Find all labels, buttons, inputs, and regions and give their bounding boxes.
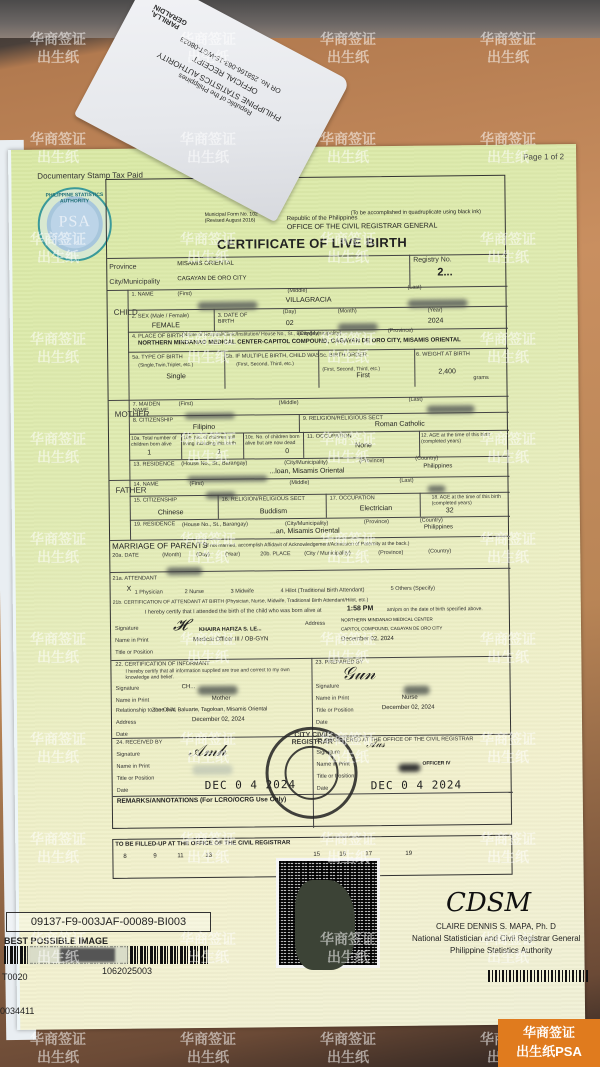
mother-country: Philippines [423,463,452,469]
redacted-registrar-name [398,763,420,771]
office-code: 11 [177,853,183,859]
attendant-signature: 𝓗 [173,615,188,635]
attendant-option-5: 5 Others (Specify) [391,586,435,592]
mother-residence: ...loan, Misamis Oriental [269,467,344,475]
mother-total-children: 1 [147,450,151,457]
registered-date-stamp: DEC 0 4 2024 [371,778,463,792]
child-section-label: CHILD [114,308,124,318]
informant-relationship: Mother [212,696,231,702]
watermark: 华商签证出生纸 [320,1030,376,1066]
psa-seal-icon: PHILIPPINE STATISTICS AUTHORITY PSA [37,187,112,262]
remarks-label: REMARKS/ANNOTATIONS (For LCRO/OCRG Use O… [117,796,287,805]
office-code: 15 [313,852,320,858]
best-image-label: BEST POSSIBLE IMAGE [4,936,108,946]
father-country: Philippines [424,524,453,530]
marriage-title: MARRIAGE OF PARENTS [112,541,208,551]
registry-number: 2... [437,266,452,278]
attendant-date: December 02, 2024 [341,636,394,643]
attendant-title: Medical Officer III / OB-GYN [193,636,268,643]
serial-number: 0034411 [0,1006,34,1016]
office-code: 8 [123,854,126,860]
child-birth-order: First [356,372,370,379]
father-religion: Buddism [260,508,287,515]
father-age: 32 [446,507,454,514]
t-code: T0020 [2,972,28,982]
informant-name: CH... [182,684,196,690]
signatory-title: National Statistician and Civil Registra… [412,934,581,943]
child-birth-weight: 2,400 [438,368,456,375]
preparer-date: December 02, 2024 [382,705,435,712]
child-birth-year: 2024 [428,317,444,324]
signatory-name: CLAIRE DENNIS S. MAPA, Ph. D [436,922,556,931]
background-top [0,0,600,38]
child-birth-type: Single [166,373,186,380]
attendant-option-4: 4 Hilot (Traditional Birth Attendant) [281,587,365,594]
civil-registrar-seal-icon: CITY CIVIL REGISTRAR [265,726,358,819]
watermark: 华商签证出生纸 [180,1030,236,1066]
office-code: 13 [205,853,212,859]
city-label: City/Municipality [109,278,160,286]
redacted-informant-name [198,686,238,695]
municipal-form-label: Municipal Form No. 102 (Revised August 2… [205,211,258,224]
signatory-org: Philippine Statistics Authority [450,946,552,955]
mother-living-children: 1 [217,449,221,456]
quadruplicate-note: (To be accomplished in quadruplicate usi… [351,209,481,216]
preparer-title: Nurse [402,695,418,701]
redacted-receiver-name [192,764,232,774]
office-code: 9 [153,853,156,859]
province-value: MISAMIS ORIENTAL [177,261,234,268]
father-citizenship: Chinese [158,509,184,516]
father-section-label: FATHER [116,486,126,496]
registry-label: Registry No. [413,256,452,263]
mother-dead-children: 0 [285,448,289,455]
attendant-mark: X [127,586,132,593]
province-label: Province [109,264,136,271]
certificate-title: CERTIFICATE OF LIVE BIRTH [217,235,407,252]
document-code: 09137-F9-003JAF-00089-BI003 [6,912,211,932]
child-middle-name: VILLAGRACIA [286,297,332,304]
brand-badge: 华商签证 出生纸PSA [498,1019,600,1067]
child-sex: FEMALE [152,322,180,329]
attendant-name: KHAIRA HAFIZA S. LE... [199,626,262,633]
redacted-qr-area [295,880,355,970]
birth-time: 1:58 PM [347,605,374,612]
child-birth-place: NORTHERN MINDANAO MEDICAL CENTER-CAPITOL… [138,337,461,346]
child-birth-day: 02 [286,320,294,327]
father-occupation: Electrician [360,505,392,512]
child-name-label: 1. NAME [131,291,153,297]
mother-occupation: None [355,442,372,449]
republic-label: Republic of the Philippines [287,215,358,222]
preparer-signature: 𝒢𝓊𝓃 [341,663,375,684]
city-value: CAGAYAN DE ORO CITY [177,276,246,283]
father-residence: ...an, Misamis Oriental [270,528,340,536]
barcode-icon [488,970,588,982]
mother-citizenship: Filipino [193,424,215,431]
attendant-option-1: 1 Physician [135,589,163,595]
receiver-signature: 𝒜𝓂𝒽 [188,741,226,761]
office-code: 17 [365,851,372,857]
office-label: OFFICE OF THE CIVIL REGISTRAR GENERAL [287,223,438,232]
office-code: 19 [405,851,412,857]
mother-religion: Roman Catholic [375,421,425,429]
national-statistician-signature: CDSM [446,888,531,918]
informant-date: December 02, 2024 [192,717,245,724]
barcode-number: 1062025003 [102,966,152,976]
office-code: 16 [339,851,346,857]
registrar-signature: 𝒜𝓊𝓈 [366,739,385,750]
informant-address: Zone 6-A, Baluarte, Tagoloan, Misamis Or… [152,706,268,713]
attendant-option-2: 2 Nurse [185,589,204,595]
page-number: Page 1 of 2 [523,152,564,161]
attendant-option-3: 3 Midwife [231,588,254,594]
watermark: 华商签证出生纸 [30,1030,86,1066]
mother-section-label: MOTHER [115,410,125,420]
